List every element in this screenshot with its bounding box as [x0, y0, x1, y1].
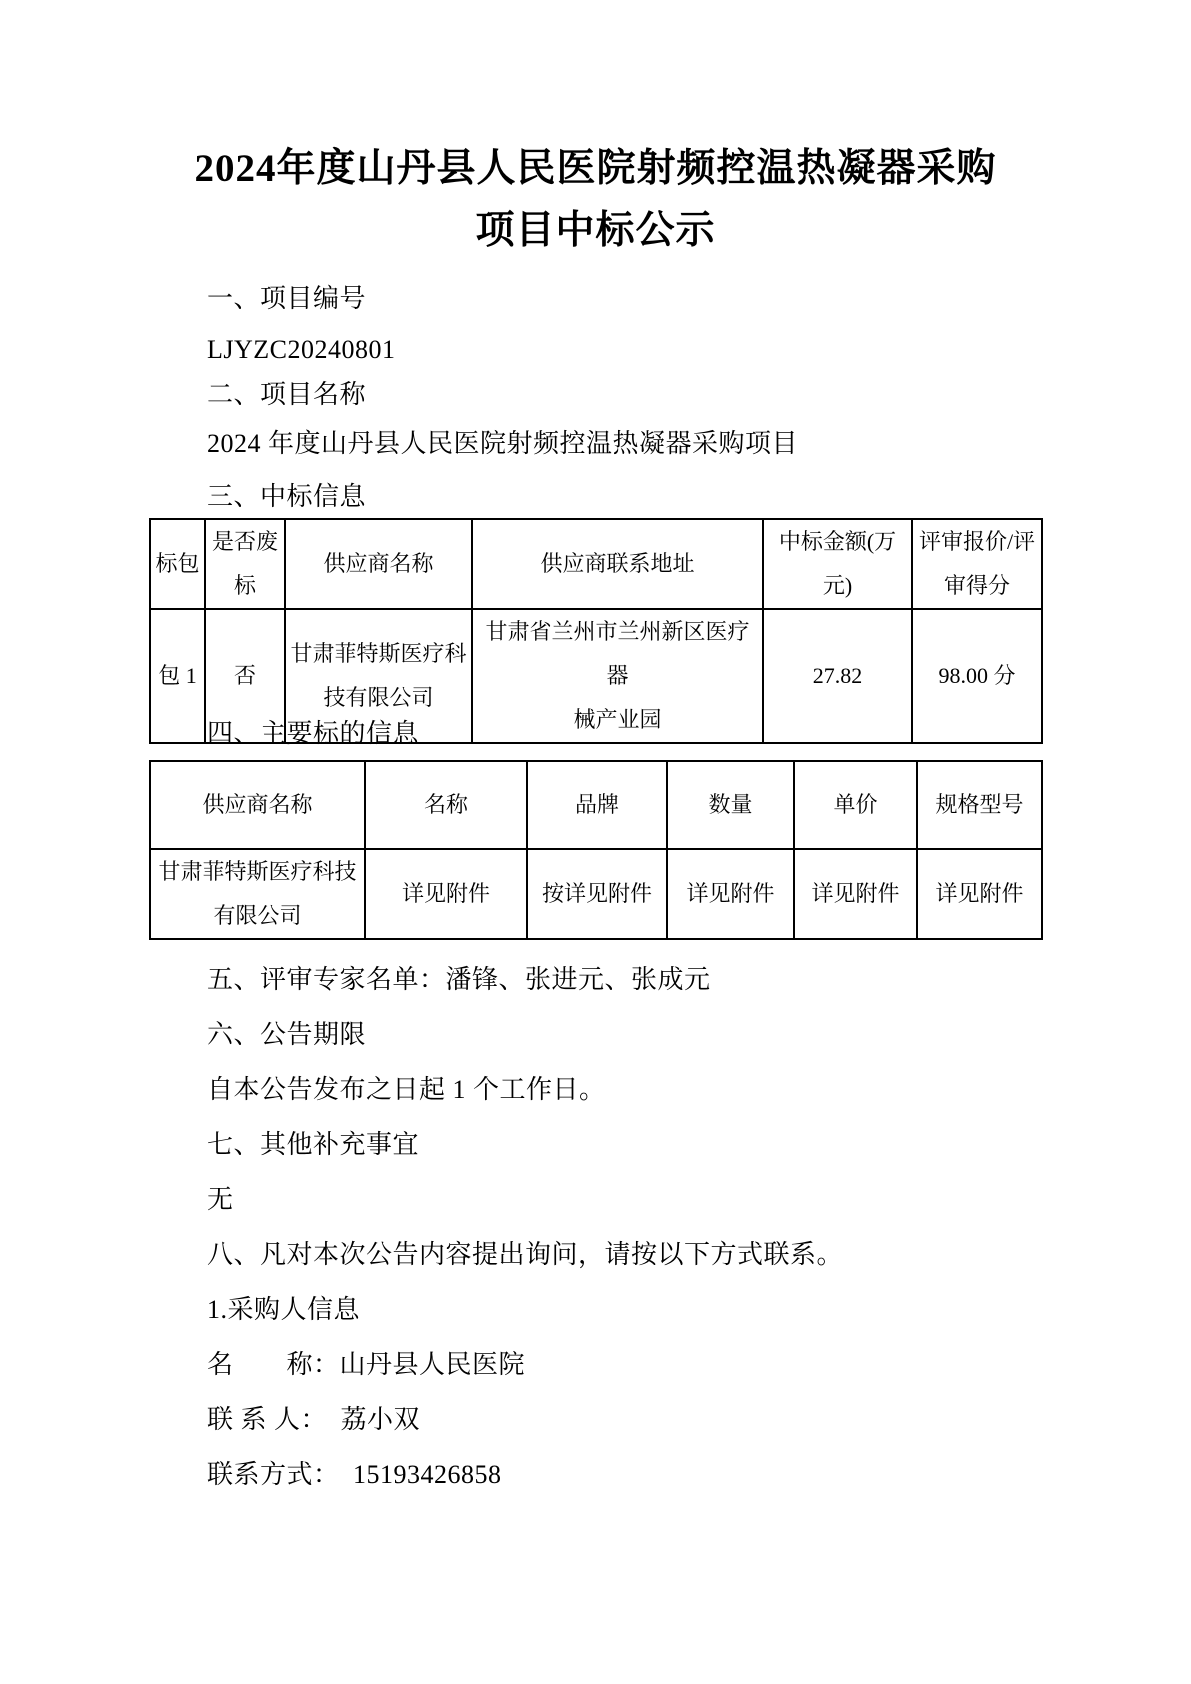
purchaser-contact: 联 系 人： 荔小双 — [207, 1404, 420, 1435]
document-title-line1: 2024年度山丹县人民医院射频控温热凝器采购 — [0, 149, 1191, 189]
purchaser-name: 名 称：山丹县人民医院 — [207, 1349, 525, 1380]
document-title-line2: 项目中标公示 — [0, 211, 1191, 251]
award-table-header-row: 标包 是否废 标 供应商名称 供应商联系地址 中标金额(万 元) 评审报价/评 … — [150, 519, 1042, 609]
section-7-value: 无 — [207, 1184, 234, 1215]
award-header-address: 供应商联系地址 — [472, 519, 763, 609]
subject-table-header-row: 供应商名称 名称 品牌 数量 单价 规格型号 — [150, 761, 1042, 849]
announcement-period: 自本公告发布之日起 1 个工作日。 — [207, 1074, 606, 1105]
subject-header-price: 单价 — [794, 761, 917, 849]
subject-table-data-row: 甘肃菲特斯医疗科技 有限公司 详见附件 按详见附件 详见附件 详见附件 详见附件 — [150, 849, 1042, 939]
subject-cell-name: 详见附件 — [365, 849, 527, 939]
document-page: 2024年度山丹县人民医院射频控温热凝器采购 项目中标公示 一、项目编号 LJY… — [0, 0, 1191, 1684]
section-7-heading: 七、其他补充事宜 — [207, 1129, 419, 1160]
subject-cell-brand: 按详见附件 — [527, 849, 667, 939]
project-name: 2024 年度山丹县人民医院射频控温热凝器采购项目 — [207, 428, 798, 459]
project-number: LJYZC20240801 — [207, 334, 396, 365]
subject-header-name: 名称 — [365, 761, 527, 849]
subject-info-table: 供应商名称 名称 品牌 数量 单价 规格型号 甘肃菲特斯医疗科技 有限公司 详见… — [149, 760, 1043, 940]
subject-header-qty: 数量 — [667, 761, 794, 849]
section-5-heading: 五、评审专家名单：潘锋、张进元、张成元 — [207, 964, 711, 995]
award-cell-amount: 27.82 — [763, 609, 912, 743]
section-3-heading: 三、中标信息 — [207, 481, 366, 512]
subject-cell-qty: 详见附件 — [667, 849, 794, 939]
subject-header-brand: 品牌 — [527, 761, 667, 849]
award-cell-score: 98.00 分 — [912, 609, 1042, 743]
award-header-score: 评审报价/评 审得分 — [912, 519, 1042, 609]
award-cell-address: 甘肃省兰州市兰州新区医疗器 械产业园 — [472, 609, 763, 743]
award-info-table: 标包 是否废 标 供应商名称 供应商联系地址 中标金额(万 元) 评审报价/评 … — [149, 518, 1043, 744]
purchaser-info-heading: 1.采购人信息 — [207, 1294, 360, 1325]
subject-cell-supplier: 甘肃菲特斯医疗科技 有限公司 — [150, 849, 365, 939]
section-1-heading: 一、项目编号 — [207, 283, 366, 314]
award-header-package: 标包 — [150, 519, 205, 609]
section-2-heading: 二、项目名称 — [207, 379, 366, 410]
purchaser-phone: 联系方式： 15193426858 — [207, 1459, 502, 1490]
subject-cell-model: 详见附件 — [917, 849, 1042, 939]
subject-header-model: 规格型号 — [917, 761, 1042, 849]
award-cell-package: 包 1 — [150, 609, 205, 743]
section-8-heading: 八、凡对本次公告内容提出询问，请按以下方式联系。 — [207, 1239, 843, 1270]
subject-header-supplier: 供应商名称 — [150, 761, 365, 849]
section-4-heading: 四、主要标的信息 — [207, 718, 419, 749]
award-header-supplier: 供应商名称 — [285, 519, 472, 609]
subject-cell-price: 详见附件 — [794, 849, 917, 939]
award-header-amount: 中标金额(万 元) — [763, 519, 912, 609]
section-6-heading: 六、公告期限 — [207, 1019, 366, 1050]
award-header-voided: 是否废 标 — [205, 519, 285, 609]
